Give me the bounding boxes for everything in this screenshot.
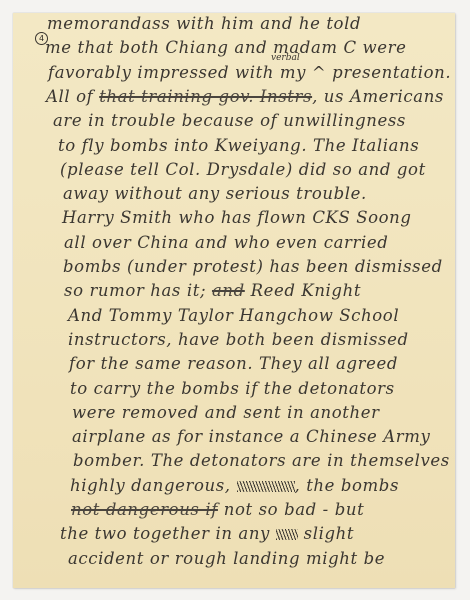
text-line: bombs (under protest) has been dismissed [63, 257, 443, 276]
text-line: away without any serious trouble. [63, 184, 367, 203]
scribble-out-mark [276, 529, 298, 540]
manuscript-page: 4 verbal memorandass with him and he tol… [13, 13, 455, 588]
text-line: to carry the bombs if the detonators [70, 379, 395, 398]
text-line: not dangerous if not so bad - but [71, 500, 364, 519]
text-line: to fly bombs into Kweiyang. The Italians [58, 136, 419, 155]
text-line: accident or rough landing might be [68, 549, 385, 568]
text-line: all over China and who even carried [64, 233, 388, 252]
struck-text: not dangerous if [71, 500, 218, 519]
struck-text: and [212, 281, 245, 300]
text-line: All of that training gov. Instrs, us Ame… [46, 87, 444, 106]
text-line: highly dangerous, , the bombs [70, 476, 399, 495]
text-line: instructors, have both been dismissed [68, 330, 409, 349]
text-line: for the same reason. They all agreed [69, 354, 398, 373]
text-line: memorandass with him and he told [47, 14, 361, 33]
text-line: bomber. The detonators are in themselves [73, 451, 450, 470]
text-line: Harry Smith who has flown CKS Soong [62, 208, 412, 227]
text-line: And Tommy Taylor Hangchow School [68, 306, 399, 325]
text-line: so rumor has it; and Reed Knight [64, 281, 361, 300]
scribble-out-mark [237, 481, 295, 492]
text-line: are in trouble because of unwillingness [53, 111, 406, 130]
text-line: (please tell Col. Drysdale) did so and g… [60, 160, 426, 179]
text-line: the two together in any slight [60, 524, 354, 543]
struck-text: that training gov. Instrs [99, 87, 312, 106]
text-line: were removed and sent in another [72, 403, 380, 422]
text-line: favorably impressed with my ^ presentati… [48, 63, 451, 82]
text-line: airplane as for instance a Chinese Army [72, 427, 430, 446]
text-line: me that both Chiang and madam C were [45, 38, 406, 57]
